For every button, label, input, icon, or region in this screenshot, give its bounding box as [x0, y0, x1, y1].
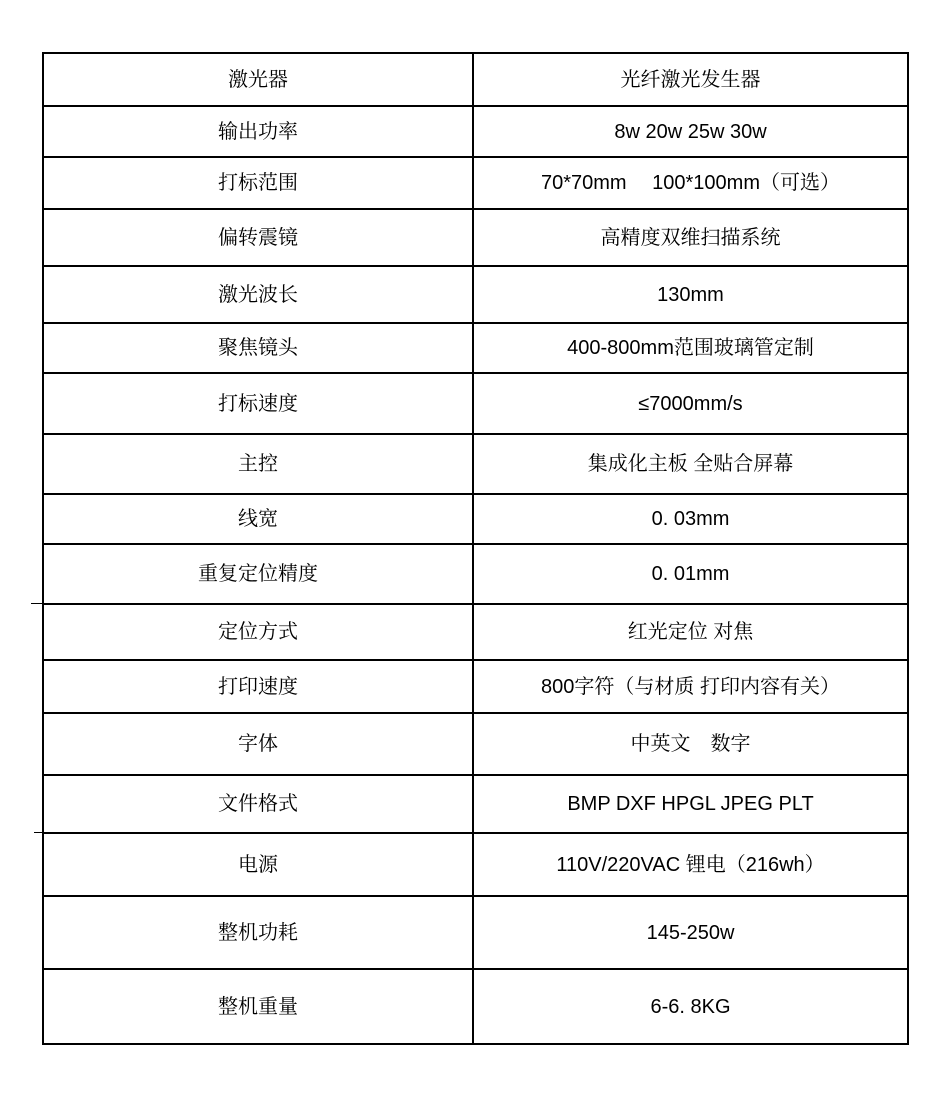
table-border-tick: [31, 603, 45, 604]
spec-value-cell: 光纤激光发生器: [473, 53, 908, 106]
table-row: 重复定位精度 0. 01mm: [43, 544, 908, 604]
table-row: 字体 中英文 数字: [43, 713, 908, 775]
spec-label-cell: 电源: [43, 833, 473, 896]
table-row: 整机功耗 145-250w: [43, 896, 908, 969]
spec-value-cell: 0. 01mm: [473, 544, 908, 604]
spec-value-cell: 70*70mm 100*100mm（可选）: [473, 157, 908, 209]
table-row: 输出功率 8w 20w 25w 30w: [43, 106, 908, 157]
spec-label-cell: 偏转震镜: [43, 209, 473, 266]
spec-label-cell: 整机功耗: [43, 896, 473, 969]
table-row: 线宽 0. 03mm: [43, 494, 908, 544]
spec-table: 激光器 光纤激光发生器 输出功率 8w 20w 25w 30w 打标范围 70*…: [42, 52, 909, 1045]
spec-label-cell: 主控: [43, 434, 473, 494]
spec-value-cell: 110V/220VAC 锂电（216wh）: [473, 833, 908, 896]
spec-label-cell: 激光器: [43, 53, 473, 106]
spec-table-body: 激光器 光纤激光发生器 输出功率 8w 20w 25w 30w 打标范围 70*…: [43, 53, 908, 1044]
spec-label-cell: 聚焦镜头: [43, 323, 473, 373]
spec-value-cell: 130mm: [473, 266, 908, 323]
table-row: 打标速度 ≤7000mm/s: [43, 373, 908, 434]
table-row: 激光波长 130mm: [43, 266, 908, 323]
spec-label-cell: 定位方式: [43, 604, 473, 660]
spec-value-cell: ≤7000mm/s: [473, 373, 908, 434]
spec-value-cell: BMP DXF HPGL JPEG PLT: [473, 775, 908, 833]
table-row: 文件格式 BMP DXF HPGL JPEG PLT: [43, 775, 908, 833]
spec-value-cell: 8w 20w 25w 30w: [473, 106, 908, 157]
table-row: 定位方式 红光定位 对焦: [43, 604, 908, 660]
spec-label-cell: 打标速度: [43, 373, 473, 434]
spec-label-cell: 字体: [43, 713, 473, 775]
table-row: 电源 110V/220VAC 锂电（216wh）: [43, 833, 908, 896]
spec-label-cell: 输出功率: [43, 106, 473, 157]
table-row: 激光器 光纤激光发生器: [43, 53, 908, 106]
spec-label-cell: 打标范围: [43, 157, 473, 209]
page: 激光器 光纤激光发生器 输出功率 8w 20w 25w 30w 打标范围 70*…: [0, 0, 950, 1097]
spec-value-cell: 红光定位 对焦: [473, 604, 908, 660]
table-row: 打印速度 800字符（与材质 打印内容有关）: [43, 660, 908, 713]
spec-value-cell: 6-6. 8KG: [473, 969, 908, 1044]
spec-value-cell: 集成化主板 全贴合屏幕: [473, 434, 908, 494]
table-row: 聚焦镜头 400-800mm范围玻璃管定制: [43, 323, 908, 373]
spec-value-cell: 高精度双维扫描系统: [473, 209, 908, 266]
table-row: 偏转震镜 高精度双维扫描系统: [43, 209, 908, 266]
table-row: 整机重量 6-6. 8KG: [43, 969, 908, 1044]
table-row: 主控 集成化主板 全贴合屏幕: [43, 434, 908, 494]
table-border-tick: [34, 832, 44, 833]
spec-value-cell: 中英文 数字: [473, 713, 908, 775]
spec-label-cell: 文件格式: [43, 775, 473, 833]
spec-value-cell: 145-250w: [473, 896, 908, 969]
spec-label-cell: 线宽: [43, 494, 473, 544]
spec-value-cell: 400-800mm范围玻璃管定制: [473, 323, 908, 373]
spec-label-cell: 整机重量: [43, 969, 473, 1044]
spec-label-cell: 激光波长: [43, 266, 473, 323]
table-row: 打标范围 70*70mm 100*100mm（可选）: [43, 157, 908, 209]
spec-value-cell: 0. 03mm: [473, 494, 908, 544]
spec-label-cell: 打印速度: [43, 660, 473, 713]
spec-value-cell: 800字符（与材质 打印内容有关）: [473, 660, 908, 713]
spec-label-cell: 重复定位精度: [43, 544, 473, 604]
